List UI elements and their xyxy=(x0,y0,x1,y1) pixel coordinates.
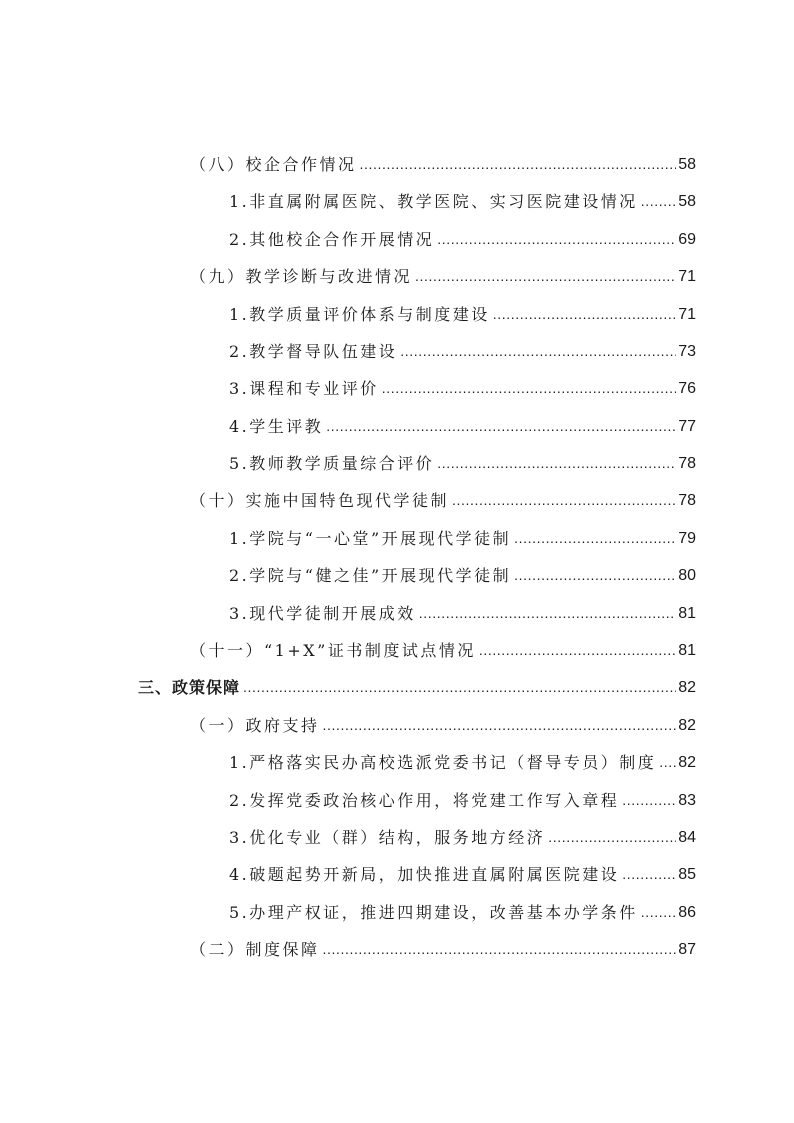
dot-leader xyxy=(437,455,676,475)
toc-entry-title: 2.其他校企合作开展情况 xyxy=(229,229,434,251)
dot-leader xyxy=(514,567,676,587)
toc-entry[interactable]: （二）制度保障 87 xyxy=(190,935,696,961)
toc-entry-title: 3.课程和专业评价 xyxy=(229,378,379,400)
toc-entry-title: 5.教师教学质量综合评价 xyxy=(229,453,434,475)
toc-entry[interactable]: 4.破题起势开新局，加快推进直属附属医院建设 85 xyxy=(229,860,696,886)
toc-page-number: 87 xyxy=(678,939,696,961)
dot-leader xyxy=(452,492,676,512)
toc-entry-title: 三、政策保障 xyxy=(138,677,240,699)
toc-entry[interactable]: （一）政府支持 82 xyxy=(190,711,696,737)
toc-entry-title: 1.学院与“一心堂”开展现代学徒制 xyxy=(229,528,511,550)
toc-entry-title: 1.教学质量评价体系与制度建设 xyxy=(229,304,490,326)
dot-leader xyxy=(323,717,677,737)
toc-entry[interactable]: 3.现代学徒制开展成效 81 xyxy=(229,599,696,625)
toc-page-number: 81 xyxy=(678,603,696,625)
toc-page-number: 84 xyxy=(678,827,696,849)
toc-entry[interactable]: 3.优化专业（群）结构，服务地方经济 84 xyxy=(229,823,696,849)
dot-leader xyxy=(326,418,676,438)
toc-page-number: 83 xyxy=(678,790,696,812)
toc-entry[interactable]: 2.其他校企合作开展情况 69 xyxy=(229,225,696,251)
dot-leader xyxy=(360,156,677,176)
toc-entry-title: （八）校企合作情况 xyxy=(190,154,357,176)
toc-entry-title: （十）实施中国特色现代学徒制 xyxy=(190,490,449,512)
toc-page-number: 82 xyxy=(678,677,696,699)
toc-entry[interactable]: 1.严格落实民办高校选派党委书记（督导专员）制度 82 xyxy=(229,748,696,774)
toc-entry-title: 4.学生评教 xyxy=(229,416,323,438)
toc-entry-title: （九）教学诊断与改进情况 xyxy=(190,266,412,288)
toc-entry-title: 2.教学督导队伍建设 xyxy=(229,341,397,363)
toc-entry[interactable]: （八）校企合作情况 58 xyxy=(190,150,696,176)
toc-entry[interactable]: 1.教学质量评价体系与制度建设 71 xyxy=(229,300,696,326)
toc-entry[interactable]: 1.学院与“一心堂”开展现代学徒制 79 xyxy=(229,524,696,550)
dot-leader xyxy=(437,231,676,251)
toc-page-number: 76 xyxy=(678,378,696,400)
toc-page-number: 71 xyxy=(678,266,696,288)
toc-page-number: 69 xyxy=(678,229,696,251)
dot-leader xyxy=(479,642,676,662)
toc-page-number: 85 xyxy=(678,864,696,886)
toc-page-number: 82 xyxy=(678,752,696,774)
dot-leader xyxy=(419,605,676,625)
dot-leader xyxy=(622,866,676,886)
toc-entry[interactable]: （十）实施中国特色现代学徒制 78 xyxy=(190,486,696,512)
toc-entry-title: 1.非直属附属医院、教学医院、实习医院建设情况 xyxy=(229,191,638,213)
toc-page-number: 71 xyxy=(678,304,696,326)
dot-leader xyxy=(548,829,676,849)
toc-entry[interactable]: （九）教学诊断与改进情况 71 xyxy=(190,262,696,288)
dot-leader xyxy=(243,679,676,699)
dot-leader xyxy=(641,904,676,924)
toc-entry[interactable]: 2.发挥党委政治核心作用，将党建工作写入章程 83 xyxy=(229,786,696,812)
dot-leader xyxy=(659,754,676,774)
toc-entry-title: （一）政府支持 xyxy=(190,715,320,737)
toc-entry-title: 2.发挥党委政治核心作用，将党建工作写入章程 xyxy=(229,790,619,812)
toc-page-number: 86 xyxy=(678,902,696,924)
toc-entry-title: （二）制度保障 xyxy=(190,939,320,961)
dot-leader xyxy=(622,792,676,812)
document-page: （八）校企合作情况 58 1.非直属附属医院、教学医院、实习医院建设情况 58 … xyxy=(0,0,794,1123)
toc-entry[interactable]: 5.教师教学质量综合评价 78 xyxy=(229,449,696,475)
dot-leader xyxy=(323,941,677,961)
toc-entry-title: 3.现代学徒制开展成效 xyxy=(229,603,416,625)
toc-entry-title: 2.学院与“健之佳”开展现代学徒制 xyxy=(229,565,511,587)
toc-entry-title: 3.优化专业（群）结构，服务地方经济 xyxy=(229,827,545,849)
dot-leader xyxy=(493,306,676,326)
toc-page-number: 78 xyxy=(678,453,696,475)
toc-page-number: 73 xyxy=(678,341,696,363)
dot-leader xyxy=(514,530,676,550)
toc-page-number: 78 xyxy=(678,490,696,512)
toc-entry-title: 4.破题起势开新局，加快推进直属附属医院建设 xyxy=(229,864,619,886)
toc-entry-title: 1.严格落实民办高校选派党委书记（督导专员）制度 xyxy=(229,752,656,774)
toc-entry-title: 5.办理产权证，推进四期建设，改善基本办学条件 xyxy=(229,902,638,924)
toc-entry[interactable]: （十一）“1+X”证书制度试点情况 81 xyxy=(190,636,696,662)
toc-entry[interactable]: 2.教学督导队伍建设 73 xyxy=(229,337,696,363)
toc-entry[interactable]: 3.课程和专业评价 76 xyxy=(229,374,696,400)
toc-page-number: 81 xyxy=(678,640,696,662)
toc-page-number: 79 xyxy=(678,528,696,550)
toc-entry[interactable]: 2.学院与“健之佳”开展现代学徒制 80 xyxy=(229,561,696,587)
toc-page-number: 77 xyxy=(678,416,696,438)
dot-leader xyxy=(382,380,676,400)
dot-leader xyxy=(400,343,676,363)
toc-page-number: 80 xyxy=(678,565,696,587)
toc-page-number: 58 xyxy=(678,191,696,213)
dot-leader xyxy=(415,268,676,288)
toc-entry[interactable]: 4.学生评教 77 xyxy=(229,412,696,438)
toc-entry[interactable]: 三、政策保障 82 xyxy=(138,673,696,699)
toc-entry-title: （十一）“1+X”证书制度试点情况 xyxy=(190,640,476,662)
toc-entry[interactable]: 1.非直属附属医院、教学医院、实习医院建设情况 58 xyxy=(229,187,696,213)
toc-entry[interactable]: 5.办理产权证，推进四期建设，改善基本办学条件 86 xyxy=(229,898,696,924)
toc-page-number: 58 xyxy=(678,154,696,176)
toc-page-number: 82 xyxy=(678,715,696,737)
dot-leader xyxy=(641,193,676,213)
